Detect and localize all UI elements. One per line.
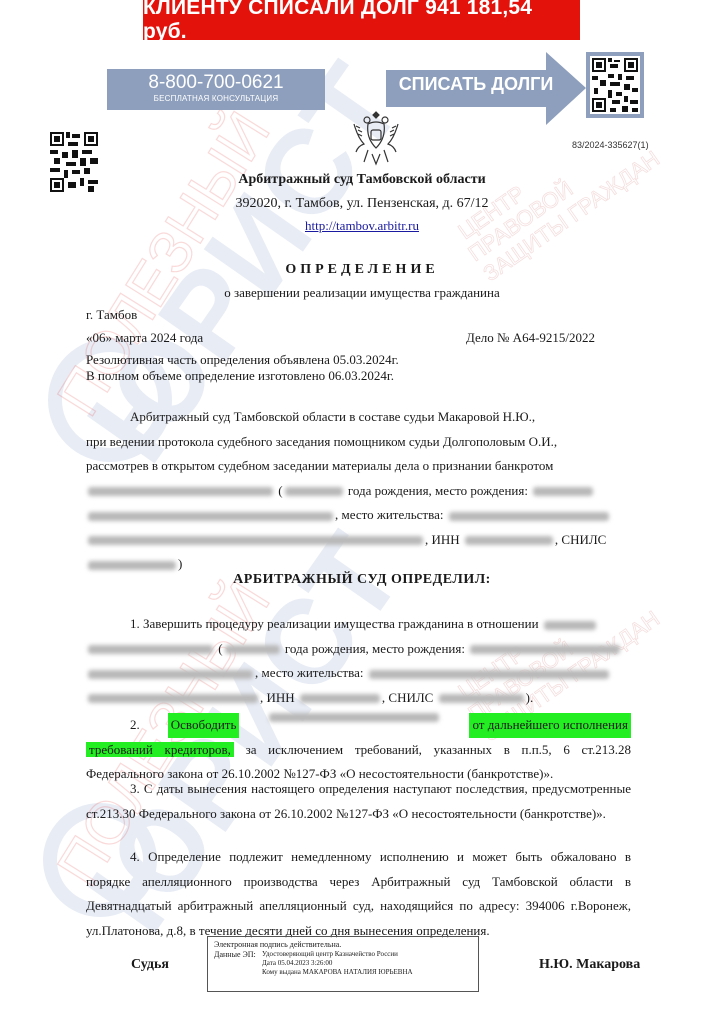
court-address: 392020, г. Тамбов, ул. Пензенская, д. 67… [0,196,724,212]
esig-owner: Кому выдана МАКАРОВА НАТАЛИЯ ЮРЬЕВНА [262,968,413,977]
judge-name: Н.Ю. Макарова [539,957,640,973]
phone-number: 8-800-700-0621 [107,72,325,94]
intro-debtor-details-2: , место жительства: [86,503,631,528]
case-number: Дело № А64-9215/2022 [466,330,595,346]
qr-code-icon [590,56,640,114]
esig-data-label: Данные ЭП: [214,950,262,977]
intro-paragraph: Арбитражный суд Тамбовской области в сос… [86,405,631,577]
intro-debtor-details-3: , ИНН , СНИЛС [86,528,631,553]
full-text-made: В полном объеме определение изготовлено … [86,368,394,384]
banner-text: КЛИЕНТУ СПИСАЛИ ДОЛГ 941 181,54 руб. [143,0,580,44]
intro-line-1: Арбитражный суд Тамбовской области в сос… [86,405,631,430]
redacted-birthplace [470,645,620,654]
resolution-announced: Резолютивная часть определения объявлена… [86,352,399,368]
redacted-address [369,670,609,679]
highlight-creditor-claims: требований кредиторов, [86,742,234,757]
redacted-birthplace [533,487,593,496]
intro-debtor-details: ( года рождения, место рождения: [86,479,631,504]
redacted-inn [300,694,380,703]
electronic-signature-stamp: Электронная подпись действительна. Данны… [207,936,479,992]
redacted-birthplace-cont [88,670,253,679]
ruling-item-4: 4. Определение подлежит немедленному исп… [86,845,631,943]
esig-valid: Электронная подпись действительна. [214,940,472,950]
city: г. Тамбов [86,307,137,323]
document-subtitle: о завершении реализации имущества гражда… [0,285,724,301]
redacted-address [449,512,609,521]
qr-code-ad[interactable] [586,52,644,118]
redacted-name [269,713,439,722]
redacted-birthplace-cont [88,512,333,521]
judge-role: Судья [131,957,169,973]
esig-date: Дата 05.04.2023 3:26:00 [262,959,413,968]
redacted-birthdate [285,487,343,496]
coat-of-arms-emblem [346,108,406,170]
ruling-item-1: 1. Завершить процедуру реализации имущес… [86,612,631,710]
redacted-name [88,487,273,496]
redacted-name-cont [88,645,213,654]
court-website: http://tambov.arbitr.ru [0,218,724,234]
ruling-item-2: 2. Освободить от дальнейшего исполнения … [86,713,631,787]
document-date: «06» марта 2024 года [86,330,203,346]
debt-written-off-banner[interactable]: КЛИЕНТУ СПИСАЛИ ДОЛГ 941 181,54 руб. [143,0,580,40]
intro-line-3: рассмотрев в открытом судебном заседании… [86,454,631,479]
redacted-snils [88,561,176,570]
cta-label: СПИСАТЬ ДОЛГИ [396,74,556,95]
svg-text:ЦЕНТР: ЦЕНТР [454,181,530,244]
court-website-link[interactable]: http://tambov.arbitr.ru [305,218,419,233]
redacted-address-cont [88,536,423,545]
ruling-header: АРБИТРАЖНЫЙ СУД ОПРЕДЕЛИЛ: [0,572,724,588]
redacted-snils [439,694,524,703]
ruling-item-3: 3. С даты вынесения настоящего определен… [86,777,631,826]
redacted-inn [465,536,553,545]
document-code: 83/2024-335627(1) [572,140,649,150]
phone-caption: БЕСПЛАТНАЯ КОНСУЛЬТАЦИЯ [107,94,325,104]
esig-issuer: Удостоверяющий центр Казначейство России [262,950,413,959]
highlight-further-execution: от дальнейшего исполнения [469,713,631,738]
phone-consultation-button[interactable]: 8-800-700-0621 БЕСПЛАТНАЯ КОНСУЛЬТАЦИЯ [107,69,325,110]
redacted-birthdate [225,645,280,654]
intro-line-2: при ведении протокола судебного заседани… [86,430,631,455]
document-title: ОПРЕДЕЛЕНИЕ [0,262,724,278]
redacted-name [544,621,596,630]
write-off-debts-button[interactable]: СПИСАТЬ ДОЛГИ [386,52,588,125]
redacted-address-cont [88,694,258,703]
highlight-release: Освободить [168,713,240,738]
court-name: Арбитражный суд Тамбовской области [0,172,724,188]
